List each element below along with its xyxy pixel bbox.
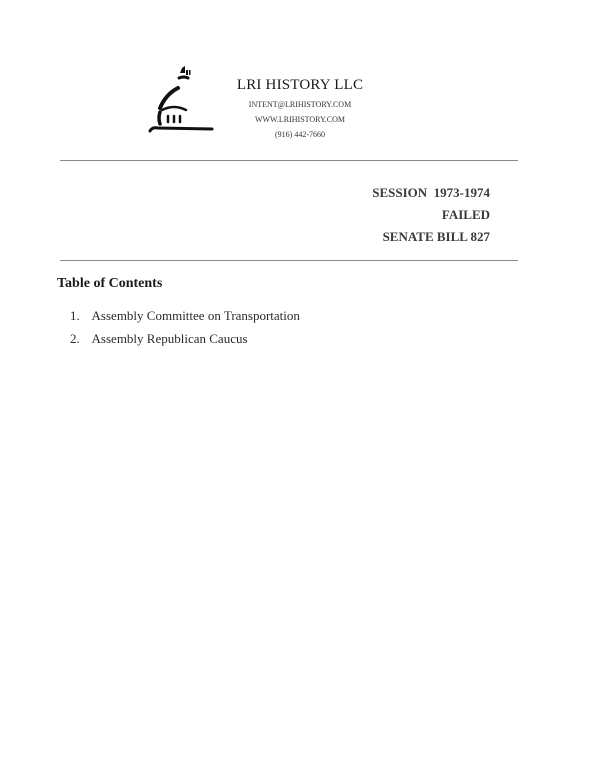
toc-item-number: 2.	[70, 330, 89, 348]
toc-item-label[interactable]: Assembly Republican Caucus	[92, 331, 248, 346]
company-name: LRI HISTORY LLC	[225, 76, 375, 94]
toc-item[interactable]: 1. Assembly Committee on Transportation	[70, 307, 300, 330]
toc-title: Table of Contents	[57, 276, 162, 292]
bill-status: FAILED	[372, 204, 490, 226]
company-website: WWW.LRIHISTORY.COM	[225, 112, 375, 127]
toc-item-number: 1.	[70, 307, 89, 325]
toc-item-label[interactable]: Assembly Committee on Transportation	[92, 308, 300, 323]
session-label: SESSION 1973-1974	[372, 182, 490, 204]
company-phone: (916) 442-7660	[225, 127, 375, 142]
divider-top	[60, 160, 518, 161]
company-info: LRI HISTORY LLC INTENT@LRIHISTORY.COM WW…	[225, 76, 375, 142]
toc-item[interactable]: 2. Assembly Republican Caucus	[70, 330, 300, 353]
toc-list: 1. Assembly Committee on Transportation …	[70, 307, 300, 353]
bill-info: SESSION 1973-1974 FAILED SENATE BILL 827	[372, 182, 490, 248]
bill-number: SENATE BILL 827	[372, 226, 490, 248]
company-email: INTENT@LRIHISTORY.COM	[225, 97, 375, 112]
capitol-dome-icon	[146, 64, 216, 136]
divider-bottom	[60, 260, 518, 261]
